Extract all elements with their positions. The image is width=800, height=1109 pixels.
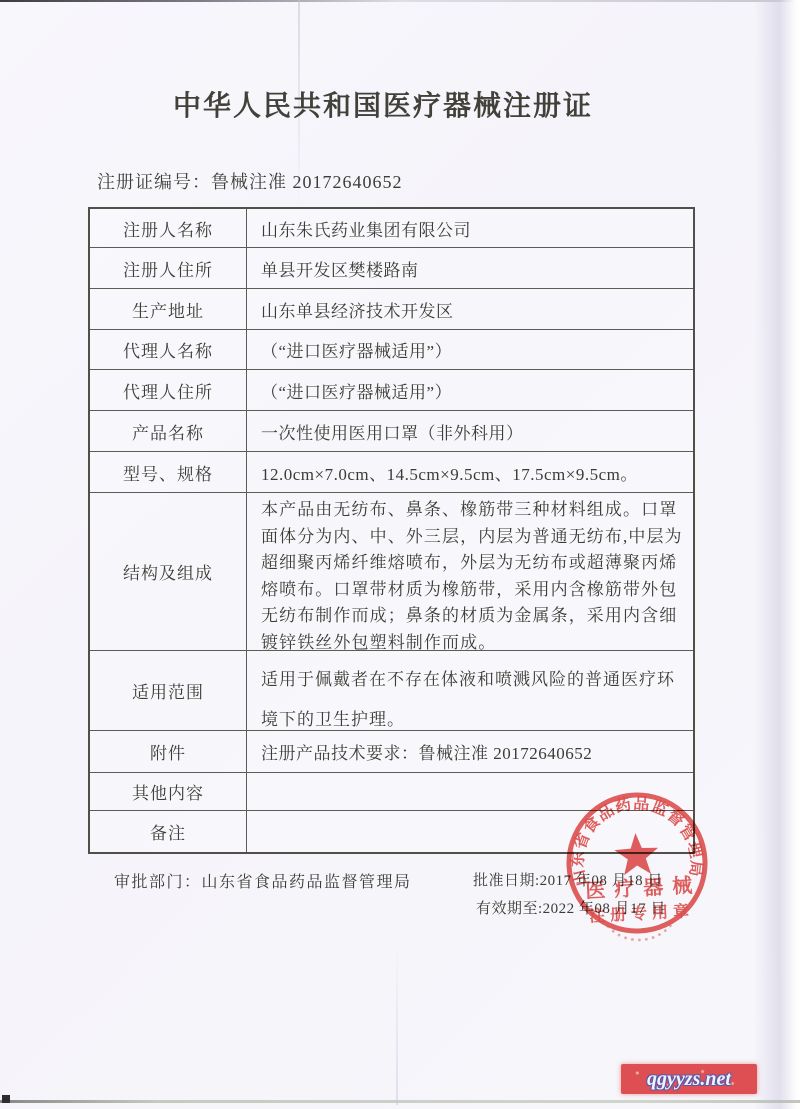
scan-edge-top [0,0,800,2]
row-label: 注册人住所 [90,248,247,288]
scan-edge-bottom [0,1100,800,1103]
table-row: 型号、规格 12.0cm×7.0cm、14.5cm×9.5cm、17.5cm×9… [90,452,693,493]
table-row: 产品名称 一次性使用医用口罩（非外科用） [90,411,693,452]
row-label: 代理人住所 [90,370,247,410]
row-label: 注册人名称 [90,209,247,247]
row-value: 山东单县经济技术开发区 [247,289,693,329]
official-stamp: 山东省食品药品监督管理局 医疗器械 注册专用章 [548,774,727,953]
row-value: （“进口医疗器械适用”） [247,330,693,369]
row-label: 附件 [90,731,247,772]
row-label: 代理人名称 [90,330,247,369]
approval-dept: 审批部门：山东省食品药品监督管理局 [114,869,412,892]
scan-edge-right [754,0,800,1109]
cert-number-line: 注册证编号：鲁械注准 20172640652 [97,168,403,194]
stamp-line1: 医疗器械 [585,873,702,903]
table-row: 附件 注册产品技术要求：鲁械注准 20172640652 [90,731,693,773]
registration-table: 注册人名称 山东朱氏药业集团有限公司 注册人住所 单县开发区樊楼路南 生产地址 … [88,207,695,854]
row-value: 本产品由无纺布、鼻条、橡筋带三种材料组成。口罩面体分为内、中、外三层，内层为普通… [247,493,693,650]
page-title: 中华人民共和国医疗器械注册证 [0,84,766,124]
row-label: 备注 [90,811,247,852]
watermark-logo: qgyyzs.net [621,1064,757,1094]
row-value: 注册产品技术要求：鲁械注准 20172640652 [247,731,693,772]
table-row: 适用范围 适用于佩戴者在不存在体液和喷溅风险的普通医疗环境下的卫生护理。 [90,651,693,731]
table-row: 注册人名称 山东朱氏药业集团有限公司 [90,209,693,248]
table-row: 生产地址 山东单县经济技术开发区 [90,289,693,330]
row-label: 生产地址 [90,289,247,329]
watermark-text: qgyyzs.net [647,1068,731,1091]
row-value: 12.0cm×7.0cm、14.5cm×9.5cm、17.5cm×9.5cm。 [247,452,693,492]
row-label: 结构及组成 [90,493,247,650]
table-row: 代理人住所 （“进口医疗器械适用”） [90,370,693,411]
row-label: 适用范围 [90,651,247,730]
row-label: 型号、规格 [90,452,247,492]
table-row: 结构及组成 本产品由无纺布、鼻条、橡筋带三种材料组成。口罩面体分为内、中、外三层… [90,493,693,651]
row-label: 其他内容 [90,773,247,810]
paper-crease [396,940,398,1105]
row-value: （“进口医疗器械适用”） [247,370,693,410]
table-row: 代理人名称 （“进口医疗器械适用”） [90,330,693,370]
row-value: 山东朱氏药业集团有限公司 [247,209,693,247]
table-row: 注册人住所 单县开发区樊楼路南 [90,248,693,289]
scan-corner-speck [2,1095,10,1103]
row-value: 单县开发区樊楼路南 [247,248,693,288]
row-label: 产品名称 [90,411,247,451]
row-value: 一次性使用医用口罩（非外科用） [247,411,693,451]
stamp-line2: 注册专用章 [589,901,695,925]
row-value: 适用于佩戴者在不存在体液和喷溅风险的普通医疗环境下的卫生护理。 [247,651,693,730]
certificate-page: 中华人民共和国医疗器械注册证 注册证编号：鲁械注准 20172640652 注册… [0,0,800,1109]
star-icon [614,832,660,876]
